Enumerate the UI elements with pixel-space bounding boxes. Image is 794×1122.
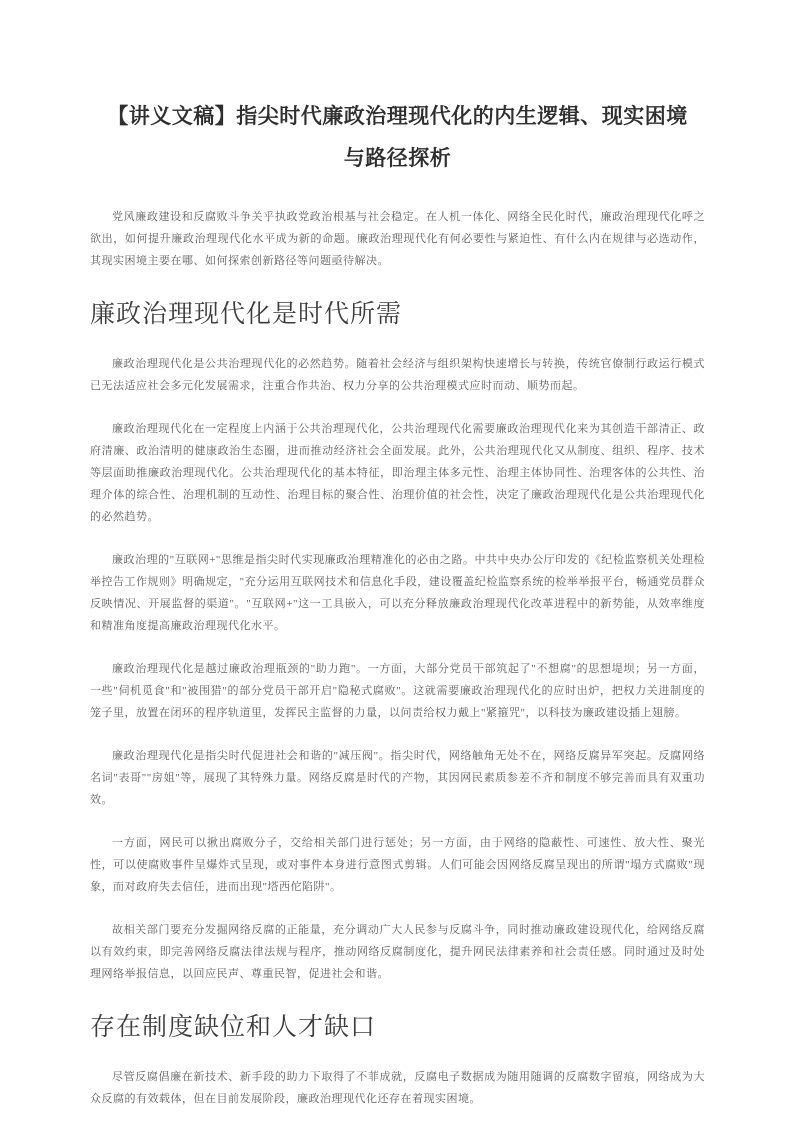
section-heading: 存在制度缺位和人才缺口 bbox=[90, 1011, 705, 1045]
body-paragraph: 尽管反腐倡廉在新技术、新手段的助力下取得了不菲成就，反腐电子数据成为随用随调的反… bbox=[90, 1066, 705, 1110]
document-title: 【讲义文稿】指尖时代廉政治理现代化的内生逻辑、现实困境与路径探析 bbox=[104, 96, 691, 180]
body-paragraph: 廉政治理的"互联网+"思维是指尖时代实现廉政治理精准化的必由之路。中共中央办公厅… bbox=[90, 549, 705, 637]
body-paragraph: 党风廉政建设和反腐败斗争关乎执政党政治根基与社会稳定。在人机一体化、网络全民化时… bbox=[90, 206, 705, 272]
body-paragraph: 廉政治理现代化在一定程度上内涵于公共治理现代化，公共治理现代化需要廉政治理现代化… bbox=[90, 418, 705, 528]
document-body: 党风廉政建设和反腐败斗争关乎执政党政治根基与社会稳定。在人机一体化、网络全民化时… bbox=[90, 206, 705, 1110]
document-page: 【讲义文稿】指尖时代廉政治理现代化的内生逻辑、现实困境与路径探析 党风廉政建设和… bbox=[0, 0, 794, 1122]
section-heading: 廉政治理现代化是时代所需 bbox=[90, 298, 705, 332]
body-paragraph: 廉政治理现代化是越过廉政治理瓶颈的"助力跑"。一方面，大部分党员干部筑起了"不想… bbox=[90, 658, 705, 724]
body-paragraph: 廉政治理现代化是指尖时代促进社会和谐的"减压阀"。指尖时代，网络触角无处不在，网… bbox=[90, 745, 705, 811]
body-paragraph: 一方面，网民可以揪出腐败分子，交给相关部门进行惩处；另一方面，由于网络的隐蔽性、… bbox=[90, 832, 705, 898]
body-paragraph: 廉政治理现代化是公共治理现代化的必然趋势。随着社会经济与组织架构快速增长与转换，… bbox=[90, 353, 705, 397]
body-paragraph: 故相关部门要充分发掘网络反腐的正能量，充分调动广大人民参与反腐斗争，同时推动廉政… bbox=[90, 919, 705, 985]
